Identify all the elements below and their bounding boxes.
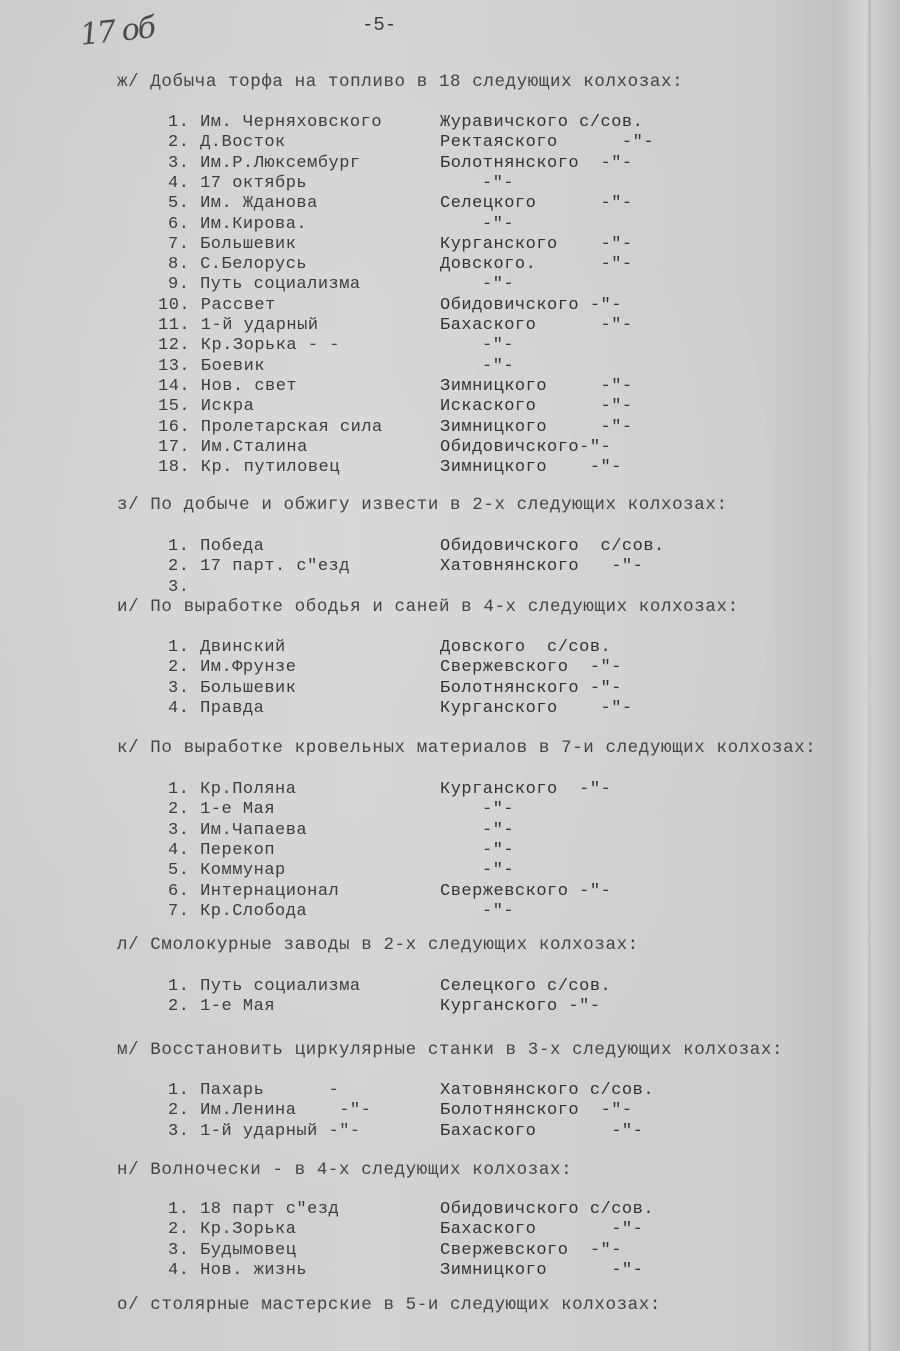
village-council: Журавичского с/сов. xyxy=(440,113,643,132)
village-council: Болотнянского -"- xyxy=(440,154,633,173)
village-council: Обидовичского с/сов. xyxy=(440,537,665,556)
village-council: Бахаского -"- xyxy=(440,1220,643,1239)
kolkhoz-name: 7. Кр.Слобода xyxy=(168,902,307,921)
kolkhoz-name: 14. Нов. свет xyxy=(158,377,297,396)
village-council: Свержевского -"- xyxy=(440,1241,622,1260)
kolkhoz-name: 3. Им.Р.Люксембург xyxy=(168,154,361,173)
kolkhoz-name: 8. С.Белорусь xyxy=(168,255,307,274)
kolkhoz-name: 2. 1-е Мая xyxy=(168,800,275,819)
section-heading: о/ столярные мастерские в 5-и следующих … xyxy=(117,1295,661,1315)
kolkhoz-name: 3. Большевик xyxy=(168,679,296,698)
kolkhoz-name: 1. Им. Черняховского xyxy=(168,113,382,132)
village-council: Хатовнянского с/сов. xyxy=(440,1081,654,1100)
village-council: -"- xyxy=(482,174,514,193)
kolkhoz-name: 6. Интернационал xyxy=(168,882,339,901)
village-council: -"- xyxy=(482,275,514,294)
section-heading: ж/ Добыча торфа на топливо в 18 следующи… xyxy=(117,72,683,92)
section-heading: н/ Волночески - в 4-х следующих колхозах… xyxy=(117,1160,572,1180)
village-council: Селецкого -"- xyxy=(440,194,633,213)
kolkhoz-name: 5. Коммунар xyxy=(168,861,286,880)
village-council: Селецкого с/сов. xyxy=(440,977,611,996)
village-council: Свержевского -"- xyxy=(440,882,611,901)
kolkhoz-name: 2. Им.Фрунзе xyxy=(168,658,296,677)
village-council: -"- xyxy=(482,821,514,840)
kolkhoz-name: 12. Кр.Зорька - - xyxy=(158,336,340,355)
kolkhoz-name: 13. Боевик xyxy=(158,357,265,376)
village-council: Зимницкого -"- xyxy=(440,418,633,437)
kolkhoz-name: 10. Рассвет xyxy=(158,296,276,315)
village-council: Зимницкого -"- xyxy=(440,458,622,477)
section-heading: з/ По добыче и обжигу извести в 2-х след… xyxy=(117,495,728,515)
kolkhoz-name: 1. Пахарь - xyxy=(168,1081,339,1100)
kolkhoz-name: 4. 17 октябрь xyxy=(168,174,307,193)
paper-fold xyxy=(868,0,871,1351)
village-council: Курганского -"- xyxy=(440,699,633,718)
kolkhoz-name: 1. Кр.Поляна xyxy=(168,780,296,799)
village-council: -"- xyxy=(482,336,514,355)
village-council: Зимницкого -"- xyxy=(440,1261,643,1280)
village-council: Искаского -"- xyxy=(440,397,633,416)
kolkhoz-name: 4. Правда xyxy=(168,699,264,718)
kolkhoz-name: 11. 1-й ударный xyxy=(158,316,319,335)
village-council: Курганского -"- xyxy=(440,997,601,1016)
kolkhoz-name: 17. Им.Сталина xyxy=(158,438,308,457)
kolkhoz-name: 2. 17 парт. с"езд xyxy=(168,557,350,576)
village-council: -"- xyxy=(482,215,514,234)
kolkhoz-name: 2. Им.Ленина -"- xyxy=(168,1101,371,1120)
kolkhoz-name: 7. Большевик xyxy=(168,235,296,254)
village-council: Обидовичского с/сов. xyxy=(440,1200,654,1219)
village-council: Ректаяского -"- xyxy=(440,133,654,152)
kolkhoz-name: 3. 1-й ударный -"- xyxy=(168,1122,361,1141)
village-council: Обидовичского-"- xyxy=(440,438,611,457)
kolkhoz-name: 16. Пролетарская сила xyxy=(158,418,383,437)
kolkhoz-name: 1. Победа xyxy=(168,537,264,556)
kolkhoz-name: 2. 1-е Мая xyxy=(168,997,275,1016)
village-council: Свержевского -"- xyxy=(440,658,622,677)
kolkhoz-name: 3. Будымовец xyxy=(168,1241,296,1260)
village-council: Зимницкого -"- xyxy=(440,377,633,396)
page-number: -5- xyxy=(362,14,396,36)
village-council: Бахаского -"- xyxy=(440,316,633,335)
village-council: Хатовнянского -"- xyxy=(440,557,643,576)
kolkhoz-name: 6. Им.Кирова. xyxy=(168,215,307,234)
kolkhoz-name: 18. Кр. путиловец xyxy=(158,458,340,477)
village-council: Болотнянского -"- xyxy=(440,1101,633,1120)
village-council: -"- xyxy=(482,800,514,819)
village-council: -"- xyxy=(482,841,514,860)
village-council: Довского. -"- xyxy=(440,255,633,274)
kolkhoz-name: 5. Им. Жданова xyxy=(168,194,318,213)
section-heading: к/ По выработке кровельных материалов в … xyxy=(117,738,816,758)
kolkhoz-name: 15. Искра xyxy=(158,397,254,416)
kolkhoz-name: 2. Кр.Зорька xyxy=(168,1220,296,1239)
kolkhoz-name: 3. Им.Чапаева xyxy=(168,821,307,840)
village-council: Курганского -"- xyxy=(440,780,611,799)
kolkhoz-name: 9. Путь социализма xyxy=(168,275,361,294)
village-council: -"- xyxy=(482,357,514,376)
village-council: -"- xyxy=(482,902,514,921)
section-heading: и/ По выработке ободья и саней в 4-х сле… xyxy=(117,597,739,617)
village-council: Бахаского -"- xyxy=(440,1122,643,1141)
village-council: -"- xyxy=(482,861,514,880)
kolkhoz-name: 2. Д.Восток xyxy=(168,133,286,152)
kolkhoz-name: 1. 18 парт с"езд xyxy=(168,1200,339,1219)
kolkhoz-name: 3. xyxy=(168,578,200,597)
village-council: Болотнянского -"- xyxy=(440,679,622,698)
section-heading: л/ Смолокурные заводы в 2-х следующих ко… xyxy=(117,935,639,955)
kolkhoz-name: 4. Нов. жизнь xyxy=(168,1261,307,1280)
kolkhoz-name: 1. Путь социализма xyxy=(168,977,361,996)
kolkhoz-name: 1. Двинский xyxy=(168,638,286,657)
village-council: Обидовичского -"- xyxy=(440,296,622,315)
section-heading: м/ Восстановить циркулярные станки в 3-х… xyxy=(117,1040,783,1060)
village-council: Курганского -"- xyxy=(440,235,633,254)
village-council: Довского с/сов. xyxy=(440,638,611,657)
kolkhoz-name: 4. Перекоп xyxy=(168,841,275,860)
